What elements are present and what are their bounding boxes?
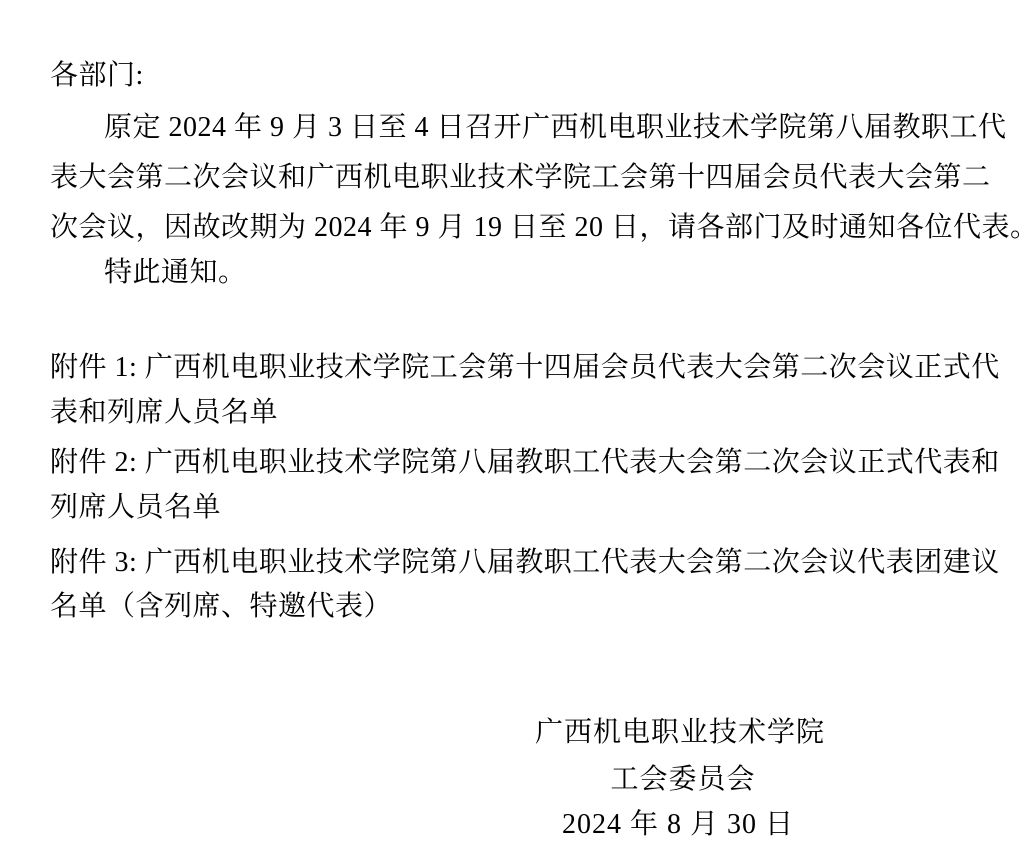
body-line-2: 表大会第二次会议和广西机电职业技术学院工会第十四届会员代表大会第二 [50, 162, 991, 194]
signature-org: 广西机电职业技术学院 [535, 717, 825, 749]
body-line-1: 原定 2024 年 9 月 3 日至 4 日召开广西机电职业技术学院第八届教职工… [104, 112, 1007, 144]
notice-document: 各部门: 原定 2024 年 9 月 3 日至 4 日召开广西机电职业技术学院第… [0, 0, 1024, 864]
signature-committee: 工会委员会 [610, 764, 755, 796]
attachment-1-line-1: 附件 1: 广西机电职业技术学院工会第十四届会员代表大会第二次会议正式代 [50, 352, 1000, 384]
attachment-3-line-1: 附件 3: 广西机电职业技术学院第八届教职工代表大会第二次会议代表团建议 [50, 547, 1000, 579]
attachment-1-line-2: 表和列席人员名单 [50, 397, 278, 429]
attachment-2-line-1: 附件 2: 广西机电职业技术学院第八届教职工代表大会第二次会议正式代表和 [50, 447, 1000, 479]
attachment-3-line-2: 名单（含列席、特邀代表） [50, 591, 392, 623]
closing-line: 特此通知。 [104, 257, 247, 289]
attachment-2-line-2: 列席人员名单 [50, 492, 221, 524]
signature-date: 2024 年 8 月 30 日 [562, 809, 794, 841]
body-line-3: 次会议，因故改期为 2024 年 9 月 19 日至 20 日，请各部门及时通知… [50, 212, 1024, 244]
salutation: 各部门: [50, 60, 144, 92]
